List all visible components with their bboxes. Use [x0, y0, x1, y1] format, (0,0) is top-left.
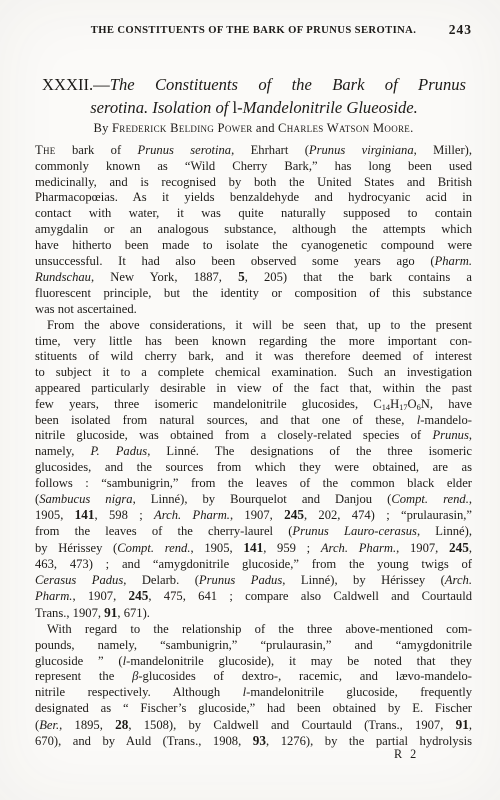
text-run: represent the — [35, 669, 132, 683]
text-run: 91 — [104, 605, 117, 620]
text-line: fluorescent principle, but the identity … — [35, 286, 472, 302]
text-run: 141 — [75, 507, 95, 522]
text-run: 141 — [243, 540, 263, 555]
text-run: , — [469, 541, 472, 555]
text-line: appeared particularly desirable in view … — [35, 381, 472, 397]
text-run: by Hérissey ( — [35, 541, 117, 555]
text-run: from the leaves of the cherry-laurel ( — [35, 524, 292, 538]
text-line: unsuccessful. It had also been observed … — [35, 254, 472, 270]
text-run: With regard to the relationship of the t… — [47, 622, 472, 636]
text-run: 1905, — [35, 508, 75, 522]
text-line: From the above considerations, it will b… — [35, 318, 472, 334]
text-line: 463, 473) ; and “amygdonitrile glucoside… — [35, 557, 472, 573]
running-header: THE CONSTITUENTS OF THE BARK OF PRUNUS S… — [35, 25, 472, 36]
text-run: serotina. Isolation of — [90, 98, 232, 117]
text-run: -mandelo- — [420, 413, 472, 427]
text-run: Charles Watson Moore — [278, 121, 410, 135]
text-run: unsuccessful. It had also been observed … — [35, 254, 435, 268]
text-run: l- — [233, 98, 243, 117]
text-run: H — [390, 397, 399, 411]
article-body: The bark of Prunus serotina, Ehrhart (Pr… — [35, 143, 472, 750]
text-run: , 475, 641 ; compare also Caldwell and C… — [148, 589, 472, 603]
text-run: glucosides, and the sources from which t… — [35, 460, 472, 474]
article-title-line-1: XXXII.—The Constituents of the Bark of P… — [42, 74, 466, 97]
text-line: glucoside ” (l-mandelonitrile glucoside)… — [35, 654, 472, 670]
scanned-page: THE CONSTITUENTS OF THE BARK OF PRUNUS S… — [0, 0, 500, 800]
text-run: , Linné), by Hérissey ( — [282, 573, 445, 587]
text-line: The bark of Prunus serotina, Ehrhart (Pr… — [35, 143, 472, 159]
text-line: stituents of wild cherry bark, and it wa… — [35, 349, 472, 365]
text-run: nitrile respectively. Although — [35, 685, 243, 699]
text-run: -glucosides of dextro-, racemic, and læv… — [138, 669, 472, 683]
text-run: 14 — [382, 403, 390, 412]
text-run: contact with water, it was quite natural… — [35, 206, 472, 220]
text-line: follows : “sambunigrin,” from the leaves… — [35, 476, 472, 492]
text-run: , New York, 1887, — [91, 270, 238, 284]
paragraph: With regard to the relationship of the t… — [35, 622, 472, 750]
text-run: commonly known as “Wild Cherry Bark,” ha… — [35, 159, 472, 173]
text-run: , Miller), — [414, 143, 472, 157]
text-run: N, have — [421, 397, 472, 411]
text-run: Rundschau — [35, 270, 91, 284]
text-run: Pharm. — [435, 254, 472, 268]
text-line: been isolated from natural sources, and … — [35, 413, 472, 429]
text-line: time, very little has been known regardi… — [35, 334, 472, 350]
text-run: , 598 ; — [95, 508, 155, 522]
text-run: few years, three isomeric mandelonitrile… — [35, 397, 382, 411]
text-run: -mandelonitrile glucoside), it may be no… — [126, 654, 472, 668]
text-run: was not ascertained. — [35, 302, 137, 316]
text-run: and — [253, 121, 278, 135]
text-line: pounds, namely, “sambunigrin,” “prulaura… — [35, 638, 472, 654]
text-run: , 1895, — [59, 718, 115, 732]
text-run: , — [469, 428, 472, 442]
text-run: 91 — [456, 717, 469, 732]
text-run: Mandelonitrile Glueoside. — [243, 98, 418, 117]
text-run: Sambucus nigra — [39, 492, 132, 506]
text-run: Prunus — [432, 428, 468, 442]
running-title: THE CONSTITUENTS OF THE BARK OF PRUNUS S… — [91, 25, 417, 36]
text-run: , Linné), — [417, 524, 472, 538]
text-run: Prunus serotina — [138, 143, 232, 157]
text-run: , 1905, — [190, 541, 243, 555]
text-run: 670), and by Auld (Trans., 1908, — [35, 734, 253, 748]
text-run: Pharm. — [35, 589, 72, 603]
byline: By Frederick Belding Power and Charles W… — [35, 121, 472, 136]
text-run: , 1907, — [230, 508, 284, 522]
text-run: . — [410, 121, 413, 135]
text-run: glucoside ” ( — [35, 654, 123, 668]
text-run: 463, 473) ; and “amygdonitrile glucoside… — [35, 557, 472, 571]
text-run: Arch. Pharm. — [321, 541, 396, 555]
article-title: XXXII.—The Constituents of the Bark of P… — [42, 74, 466, 119]
text-run: , — [469, 492, 472, 506]
text-run: From the above considerations, it will b… — [47, 318, 472, 332]
text-line: commonly known as “Wild Cherry Bark,” ha… — [35, 159, 472, 175]
text-run: 245 — [284, 507, 304, 522]
text-run: medicinally, and is recognised by both t… — [35, 175, 472, 189]
text-run: pounds, namely, “sambunigrin,” “prulaura… — [35, 638, 472, 652]
text-line: (Sambucus nigra, Linné), by Bourquelot a… — [35, 492, 472, 508]
text-line: contact with water, it was quite natural… — [35, 206, 472, 222]
text-run: , 959 ; — [263, 541, 321, 555]
text-run: Prunus virginiana — [309, 143, 414, 157]
text-run: 28 — [115, 717, 128, 732]
text-run: been isolated from natural sources, and … — [35, 413, 417, 427]
text-line: to subject it to a complete chemical exa… — [35, 365, 472, 381]
text-line: With regard to the relationship of the t… — [35, 622, 472, 638]
text-run: Prunus Lauro-cerasus — [292, 524, 417, 538]
text-run: amygdalin or an analogous substance, alt… — [35, 222, 472, 236]
text-line: nitrile respectively. Although l-mandelo… — [35, 685, 472, 701]
text-run: Compt. rend. — [117, 541, 190, 555]
text-run: -mandelonitrile glucoside, frequently — [246, 685, 472, 699]
text-run: , Linné. The designations of the three i… — [147, 444, 472, 458]
text-run: Frederick Belding Power — [112, 121, 253, 135]
text-line: nitrile glucoside, was obtained from a c… — [35, 428, 472, 444]
text-line: Cerasus Padus, Delarb. (Prunus Padus, Li… — [35, 573, 472, 589]
text-line: have hitherto been made to isolate the c… — [35, 238, 472, 254]
text-run: time, very little has been known regardi… — [35, 334, 472, 348]
text-run: 5 — [238, 269, 245, 284]
text-run: The Constituents of the Bark of Prunus — [110, 75, 466, 94]
text-run: 245 — [129, 588, 149, 603]
text-run: , 1508), by Caldwell and Courtauld (Tran… — [128, 718, 455, 732]
text-line: by Hérissey (Compt. rend., 1905, 141, 95… — [35, 540, 472, 557]
text-run: Trans., 1907, — [35, 606, 104, 620]
text-run: Cerasus Padus — [35, 573, 123, 587]
text-run: namely, — [35, 444, 90, 458]
paragraph: The bark of Prunus serotina, Ehrhart (Pr… — [35, 143, 472, 318]
text-run: P. Padus — [90, 444, 147, 458]
paragraph: From the above considerations, it will b… — [35, 318, 472, 622]
text-run: Compt. rend. — [391, 492, 469, 506]
text-run: O — [407, 397, 416, 411]
text-run: , Delarb. ( — [123, 573, 199, 587]
text-run: nitrile glucoside, was obtained from a c… — [35, 428, 432, 442]
text-run: 93 — [253, 733, 266, 748]
text-line: few years, three isomeric mandelonitrile… — [35, 397, 472, 413]
text-run: Arch. — [445, 573, 472, 587]
text-run: Prunus Padus — [199, 573, 282, 587]
text-run: designated as “ Fischer’s glucoside,” ha… — [35, 701, 472, 715]
text-run: , 671). — [117, 606, 150, 620]
text-line: designated as “ Fischer’s glucoside,” ha… — [35, 701, 472, 717]
text-run: fluorescent principle, but the identity … — [35, 286, 472, 300]
text-run: , — [469, 718, 472, 732]
text-line: glucosides, and the sources from which t… — [35, 460, 472, 476]
text-line: from the leaves of the cherry-laurel (Pr… — [35, 524, 472, 540]
text-run: , Linné), by Bourquelot and Danjou ( — [133, 492, 392, 506]
text-line: medicinally, and is recognised by both t… — [35, 175, 472, 191]
text-run: , 1907, — [396, 541, 449, 555]
text-run: , Ehrhart ( — [231, 143, 309, 157]
signature-mark: R 2 — [394, 747, 419, 762]
text-run: stituents of wild cherry bark, and it wa… — [35, 349, 472, 363]
text-line: was not ascertained. — [35, 302, 472, 318]
article-title-line-2: serotina. Isolation of l-Mandelonitrile … — [42, 97, 466, 120]
text-run: have hitherto been made to isolate the c… — [35, 238, 472, 252]
page-number: 243 — [449, 22, 472, 38]
text-run: follows : “sambunigrin,” from the leaves… — [35, 476, 472, 490]
text-run: , 205) that the bark contains a — [245, 270, 472, 284]
text-run: By — [94, 121, 112, 135]
text-line: amygdalin or an analogous substance, alt… — [35, 222, 472, 238]
text-line: Pharmacopœias. As it yields benzaldehyde… — [35, 190, 472, 206]
text-line: 1905, 141, 598 ; Arch. Pharm., 1907, 245… — [35, 507, 472, 524]
text-line: Rundschau, New York, 1887, 5, 205) that … — [35, 269, 472, 286]
text-run: 245 — [449, 540, 469, 555]
text-run: Ber. — [39, 718, 59, 732]
text-run: , 1907, — [72, 589, 128, 603]
text-run: , 1276), by the partial hydrolysis — [266, 734, 472, 748]
text-run: , 202, 474) ; “prulaurasin,” — [304, 508, 472, 522]
text-line: Pharm., 1907, 245, 475, 641 ; compare al… — [35, 588, 472, 605]
text-run: The — [35, 143, 56, 157]
text-run: bark of — [56, 143, 138, 157]
text-line: represent the β-glucosides of dextro-, r… — [35, 669, 472, 685]
text-line: namely, P. Padus, Linné. The designation… — [35, 444, 472, 460]
text-line: Trans., 1907, 91, 671). — [35, 605, 472, 622]
text-run: appeared particularly desirable in view … — [35, 381, 472, 395]
text-run: XXXII.— — [42, 75, 110, 94]
text-line: (Ber., 1895, 28, 1508), by Caldwell and … — [35, 717, 472, 734]
text-run: to subject it to a complete chemical exa… — [35, 365, 472, 379]
text-run: Pharmacopœias. As it yields benzaldehyde… — [35, 190, 472, 204]
text-run: Arch. Pharm. — [154, 508, 230, 522]
